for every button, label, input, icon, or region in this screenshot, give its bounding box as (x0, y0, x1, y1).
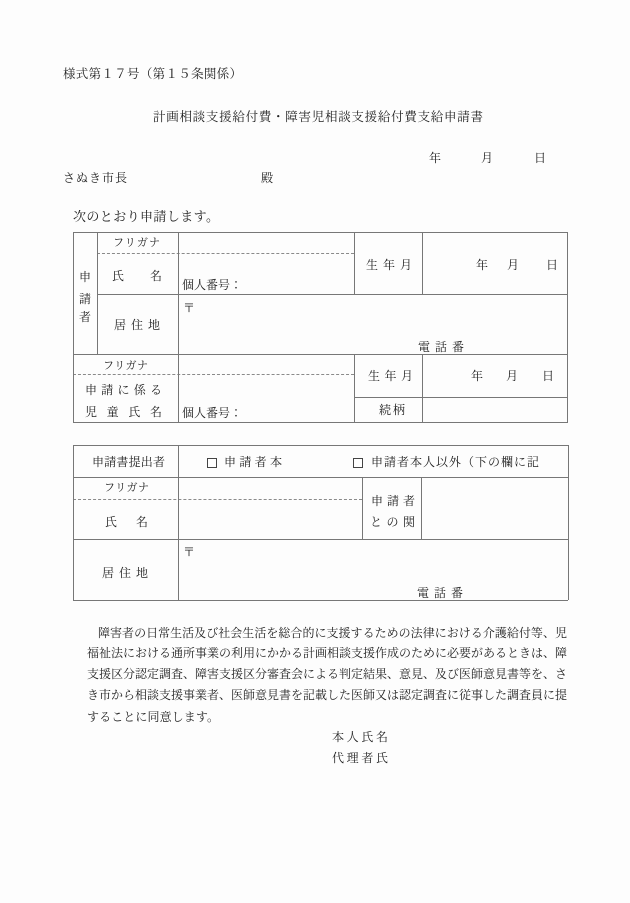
applicant-section-label-char: 申 (78, 269, 92, 285)
child-birth-day-unit: 日 (542, 368, 554, 384)
checkbox-other-than-applicant[interactable] (353, 458, 363, 468)
honorific: 殿 (261, 170, 273, 186)
child-furigana-field[interactable] (179, 355, 354, 374)
signature-self-field[interactable] (392, 727, 562, 747)
table-rule (73, 445, 568, 446)
submitter-address-field[interactable] (179, 540, 568, 600)
relationship-label-line1: 申請者 (371, 493, 415, 509)
submitter-phone-label: 電話番号 (417, 585, 463, 601)
applicant-birth-day-unit: 日 (546, 257, 558, 273)
table-rule (73, 422, 568, 423)
applicant-birth-year-unit: 年 (476, 257, 488, 273)
child-birth-month-unit: 月 (506, 368, 518, 384)
postal-mark: 〒 (183, 300, 195, 316)
table-rule (73, 232, 74, 422)
submitter-address-label: 居住地 (102, 565, 148, 581)
document-title: 計画相談支援給付費・障害児相談支援給付費支給申請書 (153, 109, 483, 125)
child-birthdate-label: 生年月日 (368, 368, 413, 384)
table-rule (567, 232, 568, 422)
applicant-address-field[interactable] (179, 295, 567, 354)
consent-line: 障害者の日常生活及び社会生活を総合的に支援するための法律における介護給付等、児童 (98, 625, 567, 641)
consent-line: することに同意します。 (87, 709, 219, 725)
signature-agent-label: 代理者氏名 (332, 750, 388, 766)
child-furigana-label: フリガナ (103, 358, 148, 374)
applicant-birth-month-unit: 月 (507, 257, 519, 273)
submitter-label: 申請書提出者 (92, 454, 165, 470)
consent-line: き市から相談支援事業者、医師意見書を記載した医師又は認定調査に従事した調査員に提… (87, 687, 567, 703)
submitter-furigana-field[interactable] (179, 478, 362, 499)
application-form-page: 様式第１７号（第１５条関係） 計画相談支援給付費・障害児相談支援給付費支給申請書… (0, 0, 630, 903)
submitter-name-field[interactable] (179, 500, 362, 539)
table-rule (73, 445, 74, 600)
addressee: さぬき市長 (63, 170, 127, 186)
table-rule (354, 354, 355, 422)
table-rule (73, 600, 568, 601)
applicant-phone-label: 電話番号 (418, 339, 464, 355)
relationship-label-line2: との関係 (370, 514, 415, 530)
checkbox-applicant-self[interactable] (207, 458, 217, 468)
submitter-furigana-label: フリガナ (104, 480, 149, 496)
signature-agent-field[interactable] (392, 748, 562, 768)
option-applicant-self-label: 申請者本人 (224, 454, 282, 470)
child-name-label-line1: 申請に係る (85, 382, 162, 398)
applicant-furigana-label: フリガナ (113, 235, 160, 251)
consent-line: 支援区分認定調査、障害支援区分審査会による判定結果、意見、及び医師意見書等を、さ… (87, 666, 567, 682)
signature-self-label: 本人氏名 (332, 729, 388, 745)
table-rule (568, 445, 569, 600)
applicant-section-label-char: 請 (78, 291, 92, 307)
table-rule (354, 232, 355, 294)
table-rule (362, 477, 363, 539)
applicant-furigana-field[interactable] (179, 233, 354, 253)
child-my-number-label: 個人番号： (182, 405, 242, 421)
applicant-address-label: 居住地 (114, 317, 160, 333)
applicant-birthdate-label: 生年月日 (366, 257, 412, 273)
applicant-section-label-char: 者 (78, 309, 92, 325)
intro-text: 次のとおり申請します。 (73, 210, 219, 226)
child-name-label-line2: 児童氏名 (85, 404, 162, 420)
submitter-relationship-field[interactable] (422, 478, 568, 539)
table-rule (97, 232, 98, 354)
child-relationship-field[interactable] (423, 398, 567, 422)
date-month-label: 月 (481, 150, 493, 166)
form-number: 様式第１７号（第１５条関係） (63, 66, 242, 82)
option-other-than-applicant-label: 申請者本人以外（下の欄に記入） (371, 454, 539, 470)
applicant-name-label: 氏名 (112, 268, 162, 284)
child-relationship-label: 続柄 (379, 402, 405, 418)
applicant-my-number-label: 個人番号： (182, 277, 242, 293)
submitter-name-label: 氏名 (105, 514, 148, 530)
date-day-label: 日 (534, 150, 546, 166)
date-year-label: 年 (429, 150, 441, 166)
child-birth-year-unit: 年 (471, 368, 483, 384)
consent-line: 福祉法における通所事業の利用にかかる計画相談支援作成のために必要があるときは、障… (87, 645, 567, 661)
